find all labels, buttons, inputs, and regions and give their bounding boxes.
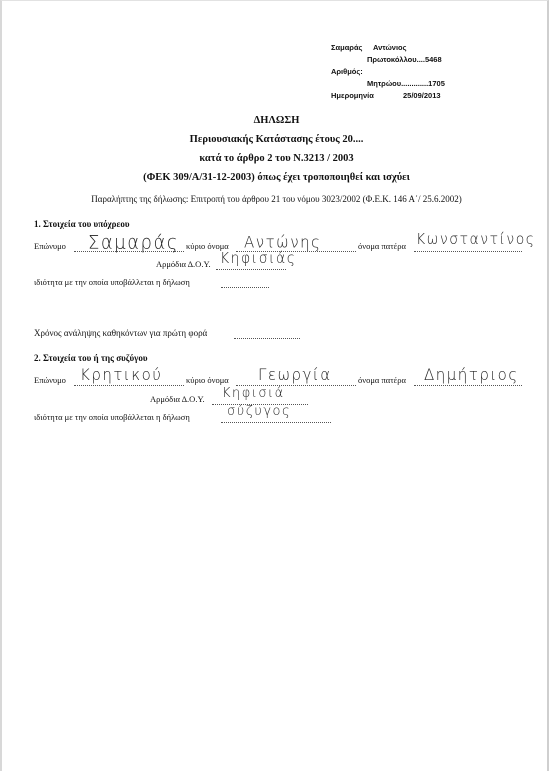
section1-capacity-field[interactable] xyxy=(221,273,269,288)
section2-heading: 2. Στοιχεία του ή της συζύγου xyxy=(34,353,148,363)
section1-father-field[interactable]: Κωνσταντίνος xyxy=(414,237,522,252)
section1-year-field[interactable] xyxy=(234,324,300,339)
section2-father-value: Δημήτριος xyxy=(424,366,519,385)
section2-surname-value: Κρητικού xyxy=(80,366,162,385)
section2-capacity-field[interactable]: σύζυγος xyxy=(221,408,331,423)
section2-firstname-label: κύριο όνομα xyxy=(186,375,229,385)
section2-surname-label: Επώνυμο xyxy=(34,375,66,385)
section2-capacity-label: ιδιότητα με την οποία υποβάλλεται η δήλω… xyxy=(34,412,190,422)
recipient-line: Παραλήπτης της δήλωσης: Επιτροπή του άρθ… xyxy=(2,194,549,204)
section2-tax-office-value: Κηφισιά xyxy=(222,386,285,402)
stamp-date-label: Ημερομηνία xyxy=(331,91,374,100)
document-page: Σαμαράς Αντώνιος Πρωτοκόλλου....5468 Αρι… xyxy=(0,0,549,771)
section1-tax-office-value: Κηφισιάς xyxy=(220,251,296,268)
section2-firstname-field[interactable]: Γεωργία xyxy=(236,371,356,386)
stamp-protocol: Πρωτοκόλλου....5468 xyxy=(367,55,442,64)
section2-capacity-value: σύζυγος xyxy=(227,404,291,420)
stamp-firstname: Αντώνιος xyxy=(373,43,407,52)
title-line-1: ΔΗΛΩΣΗ xyxy=(2,111,549,130)
section1-surname-value: Σαμαράς xyxy=(88,231,179,253)
title-line-3: κατά το άρθρο 2 του Ν.3213 / 2003 xyxy=(2,149,549,168)
section1-tax-office-field[interactable]: Κηφισιάς xyxy=(216,255,286,270)
section1-father-value: Κωνσταντίνος xyxy=(416,232,536,249)
stamp-registry: Μητρώου.............1705 xyxy=(367,79,445,88)
stamp-date-value: 25/09/2013 xyxy=(403,91,441,100)
section2-tax-office-label: Αρμόδια Δ.Ο.Υ. xyxy=(150,394,205,404)
section2-father-field[interactable]: Δημήτριος xyxy=(414,371,522,386)
title-line-4: (ΦΕΚ 309/Α/31-12-2003) όπως έχει τροποπο… xyxy=(2,168,549,187)
section1-firstname-value: Αντώνης xyxy=(244,233,321,252)
section1-tax-office-label: Αρμόδια Δ.Ο.Υ. xyxy=(156,259,211,269)
stamp-surname: Σαμαράς xyxy=(331,43,362,52)
section1-firstname-label: κύριο όνομα xyxy=(186,241,229,251)
section1-heading: 1. Στοιχεία του υπόχρεου xyxy=(34,219,130,229)
section1-year-label: Χρόνος ανάληψης καθηκόντων για πρώτη φορ… xyxy=(34,328,207,338)
section2-father-label: όνομα πατέρα xyxy=(358,375,406,385)
document-title: ΔΗΛΩΣΗ Περιουσιακής Κατάστασης έτους 20.… xyxy=(2,111,549,187)
title-line-2: Περιουσιακής Κατάστασης έτους 20.... xyxy=(2,130,549,149)
section1-father-label: όνομα πατέρα xyxy=(358,241,406,251)
section1-surname-field[interactable]: Σαμαράς xyxy=(74,237,184,252)
section2-surname-field[interactable]: Κρητικού xyxy=(74,371,184,386)
section1-surname-label: Επώνυμο xyxy=(34,241,66,251)
stamp-number-label: Αριθμός: xyxy=(331,67,363,76)
section2-firstname-value: Γεωργία xyxy=(258,366,332,385)
section1-capacity-label: ιδιότητα με την οποία υποβάλλεται η δήλω… xyxy=(34,277,190,287)
